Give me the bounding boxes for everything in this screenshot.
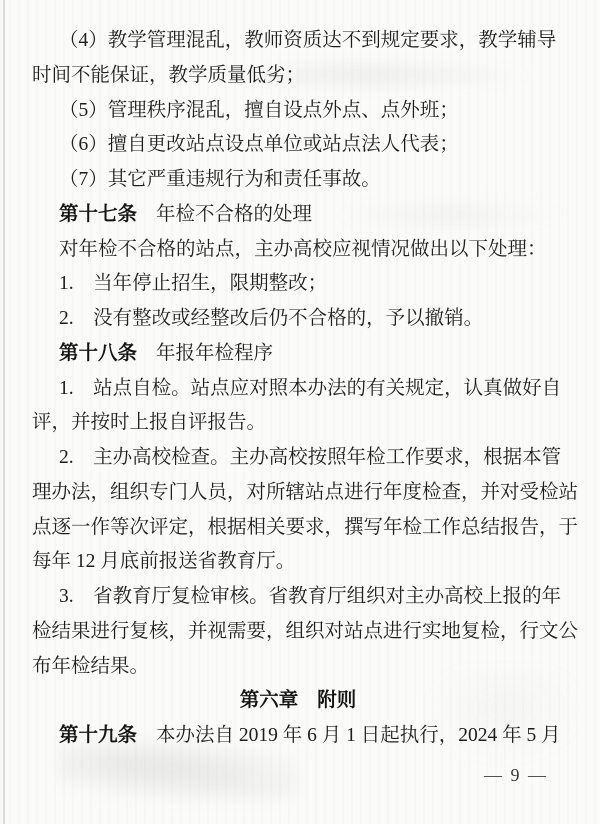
text-run: 检结果进行复核，并视需要，组织对站点进行实地复检，行文公: [32, 621, 578, 642]
text-line: （4）教学管理混乱，教师资质达不到规定要求，教学辅导: [32, 24, 564, 59]
list-item-line: 1. 当年停止招生，限期整改；: [32, 267, 564, 302]
text-run: 布年检结果。: [32, 656, 149, 677]
article-heading-line: 第十七条年检不合格的处理: [32, 198, 564, 233]
article-heading-line: 第十九条本办法自 2019 年 6 月 1 日起执行，2024 年 5 月: [32, 719, 564, 754]
text-run: 理办法，组织专门人员，对所辖站点进行年度检查，并对受检站: [32, 482, 578, 503]
text-line: （7）其它严重违规行为和责任事故。: [32, 163, 564, 198]
text-run: 每年 12 月底前报送省教育厅。: [32, 551, 295, 572]
text-line: 时间不能保证，教学质量低劣；: [32, 59, 564, 94]
article-heading-line: 第十八条年报年检程序: [32, 337, 564, 372]
list-item-line: 1. 站点自检。站点应对照本办法的有关规定，认真做好自: [32, 372, 564, 407]
text-line: 每年 12 月底前报送省教育厅。: [32, 545, 564, 580]
text-run: 点逐一作等次评定，根据相关要求，撰写年检工作总结报告，于: [32, 517, 578, 538]
text-run: 2. 没有整改或经整改后仍不合格的，予以撤销。: [59, 308, 483, 329]
chapter-number: 第六章: [240, 690, 299, 711]
article-title: 年检不合格的处理: [156, 204, 312, 225]
text-run: 3. 省教育厅复检审核。省教育厅组织对主办高校上报的年: [59, 586, 561, 607]
article-number: 第十八条: [59, 343, 137, 364]
text-run: 对年检不合格的站点，主办高校应视情况做出以下处理：: [59, 239, 547, 260]
scan-edge-artifact: [3, 0, 5, 824]
text-line: （6）擅自更改站点设点单位或站点法人代表；: [32, 128, 564, 163]
article-title: 年报年检程序: [156, 343, 273, 364]
text-line: 点逐一作等次评定，根据相关要求，撰写年检工作总结报告，于: [32, 511, 564, 546]
text-line: 理办法，组织专门人员，对所辖站点进行年度检查，并对受检站: [32, 476, 564, 511]
text-run: 2. 主办高校检查。主办高校按照年检工作要求，根据本管: [59, 447, 561, 468]
article-number: 第十九条: [59, 725, 137, 746]
text-run: （5）管理秩序混乱，擅自设点外点、点外班；: [59, 100, 459, 121]
list-item-line: 3. 省教育厅复检审核。省教育厅组织对主办高校上报的年: [32, 580, 564, 615]
list-item-line: 2. 主办高校检查。主办高校按照年检工作要求，根据本管: [32, 441, 564, 476]
text-run: 时间不能保证，教学质量低劣；: [32, 65, 305, 86]
text-run: 1. 站点自检。站点应对照本办法的有关规定，认真做好自: [59, 378, 561, 399]
text-line: 检结果进行复核，并视需要，组织对站点进行实地复检，行文公: [32, 615, 564, 650]
text-line: 对年检不合格的站点，主办高校应视情况做出以下处理：: [32, 233, 564, 268]
text-run: 1. 当年停止招生，限期整改；: [59, 273, 327, 294]
text-run: （4）教学管理混乱，教师资质达不到规定要求，教学辅导: [59, 30, 556, 51]
list-item-line: 2. 没有整改或经整改后仍不合格的，予以撤销。: [32, 302, 564, 337]
text-run: （6）擅自更改站点设点单位或站点法人代表；: [59, 134, 459, 155]
text-run: 本办法自 2019 年 6 月 1 日起执行，2024 年 5 月: [156, 725, 561, 746]
document-page: （4）教学管理混乱，教师资质达不到规定要求，教学辅导 时间不能保证，教学质量低劣…: [32, 24, 564, 754]
text-run: 评，并按时上报自评报告。: [32, 412, 266, 433]
text-line: （5）管理秩序混乱，擅自设点外点、点外班；: [32, 94, 564, 129]
article-number: 第十七条: [59, 204, 137, 225]
text-run: （7）其它严重违规行为和责任事故。: [59, 169, 381, 190]
chapter-title: 附则: [317, 690, 356, 711]
chapter-heading-line: 第六章附则: [32, 684, 564, 719]
text-line: 评，并按时上报自评报告。: [32, 406, 564, 441]
text-line: 布年检结果。: [32, 650, 564, 685]
page-number: — 9 —: [484, 765, 548, 786]
